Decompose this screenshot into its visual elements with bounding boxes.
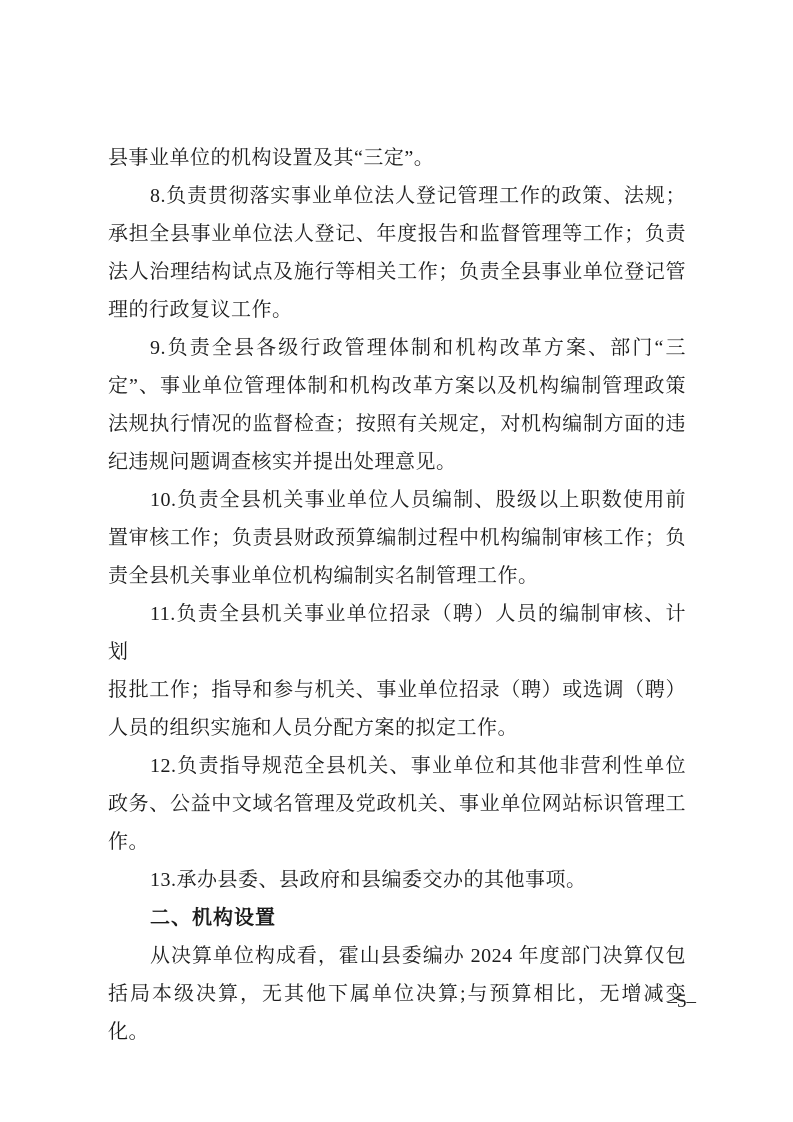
text-line: 法人治理结构试点及施行等相关工作；负责全县事业单位登记管 [108,253,686,291]
text-line: 作。 [108,823,686,861]
text-line: 13.承办县委、县政府和县编委交办的其他事项。 [108,861,686,899]
document-page: 县事业单位的机构设置及其“三定”。8.负责贯彻落实事业单位法人登记管理工作的政策… [0,0,793,1122]
page-number: –5– [668,991,697,1013]
text-line: 括局本级决算，无其他下属单位决算;与预算相比，无增减变化。 [108,975,686,1051]
section-heading: 二、机构设置 [108,899,686,937]
document-body: 县事业单位的机构设置及其“三定”。8.负责贯彻落实事业单位法人登记管理工作的政策… [108,139,686,1051]
text-line: 报批工作；指导和参与机关、事业单位招录（聘）或选调（聘） [108,671,686,709]
text-line: 县事业单位的机构设置及其“三定”。 [108,139,686,177]
text-line: 8.负责贯彻落实事业单位法人登记管理工作的政策、法规； [108,177,686,215]
text-line: 定”、事业单位管理体制和机构改革方案以及机构编制管理政策 [108,367,686,405]
text-line: 纪违规问题调查核实并提出处理意见。 [108,443,686,481]
text-line: 人员的组织实施和人员分配方案的拟定工作。 [108,709,686,747]
text-line: 置审核工作；负责县财政预算编制过程中机构编制审核工作；负 [108,519,686,557]
text-line: 12.负责指导规范全县机关、事业单位和其他非营利性单位 [108,747,686,785]
text-line: 理的行政复议工作。 [108,291,686,329]
text-line: 法规执行情况的监督检查；按照有关规定，对机构编制方面的违 [108,405,686,443]
text-line: 责全县机关事业单位机构编制实名制管理工作。 [108,557,686,595]
text-line: 9.负责全县各级行政管理体制和机构改革方案、部门“三 [108,329,686,367]
text-line: 承担全县事业单位法人登记、年度报告和监督管理等工作；负责 [108,215,686,253]
text-line: 政务、公益中文域名管理及党政机关、事业单位网站标识管理工 [108,785,686,823]
text-line: 11.负责全县机关事业单位招录（聘）人员的编制审核、计划 [108,595,686,671]
text-line: 10.负责全县机关事业单位人员编制、股级以上职数使用前 [108,481,686,519]
text-line: 从决算单位构成看，霍山县委编办 2024 年度部门决算仅包 [108,937,686,975]
